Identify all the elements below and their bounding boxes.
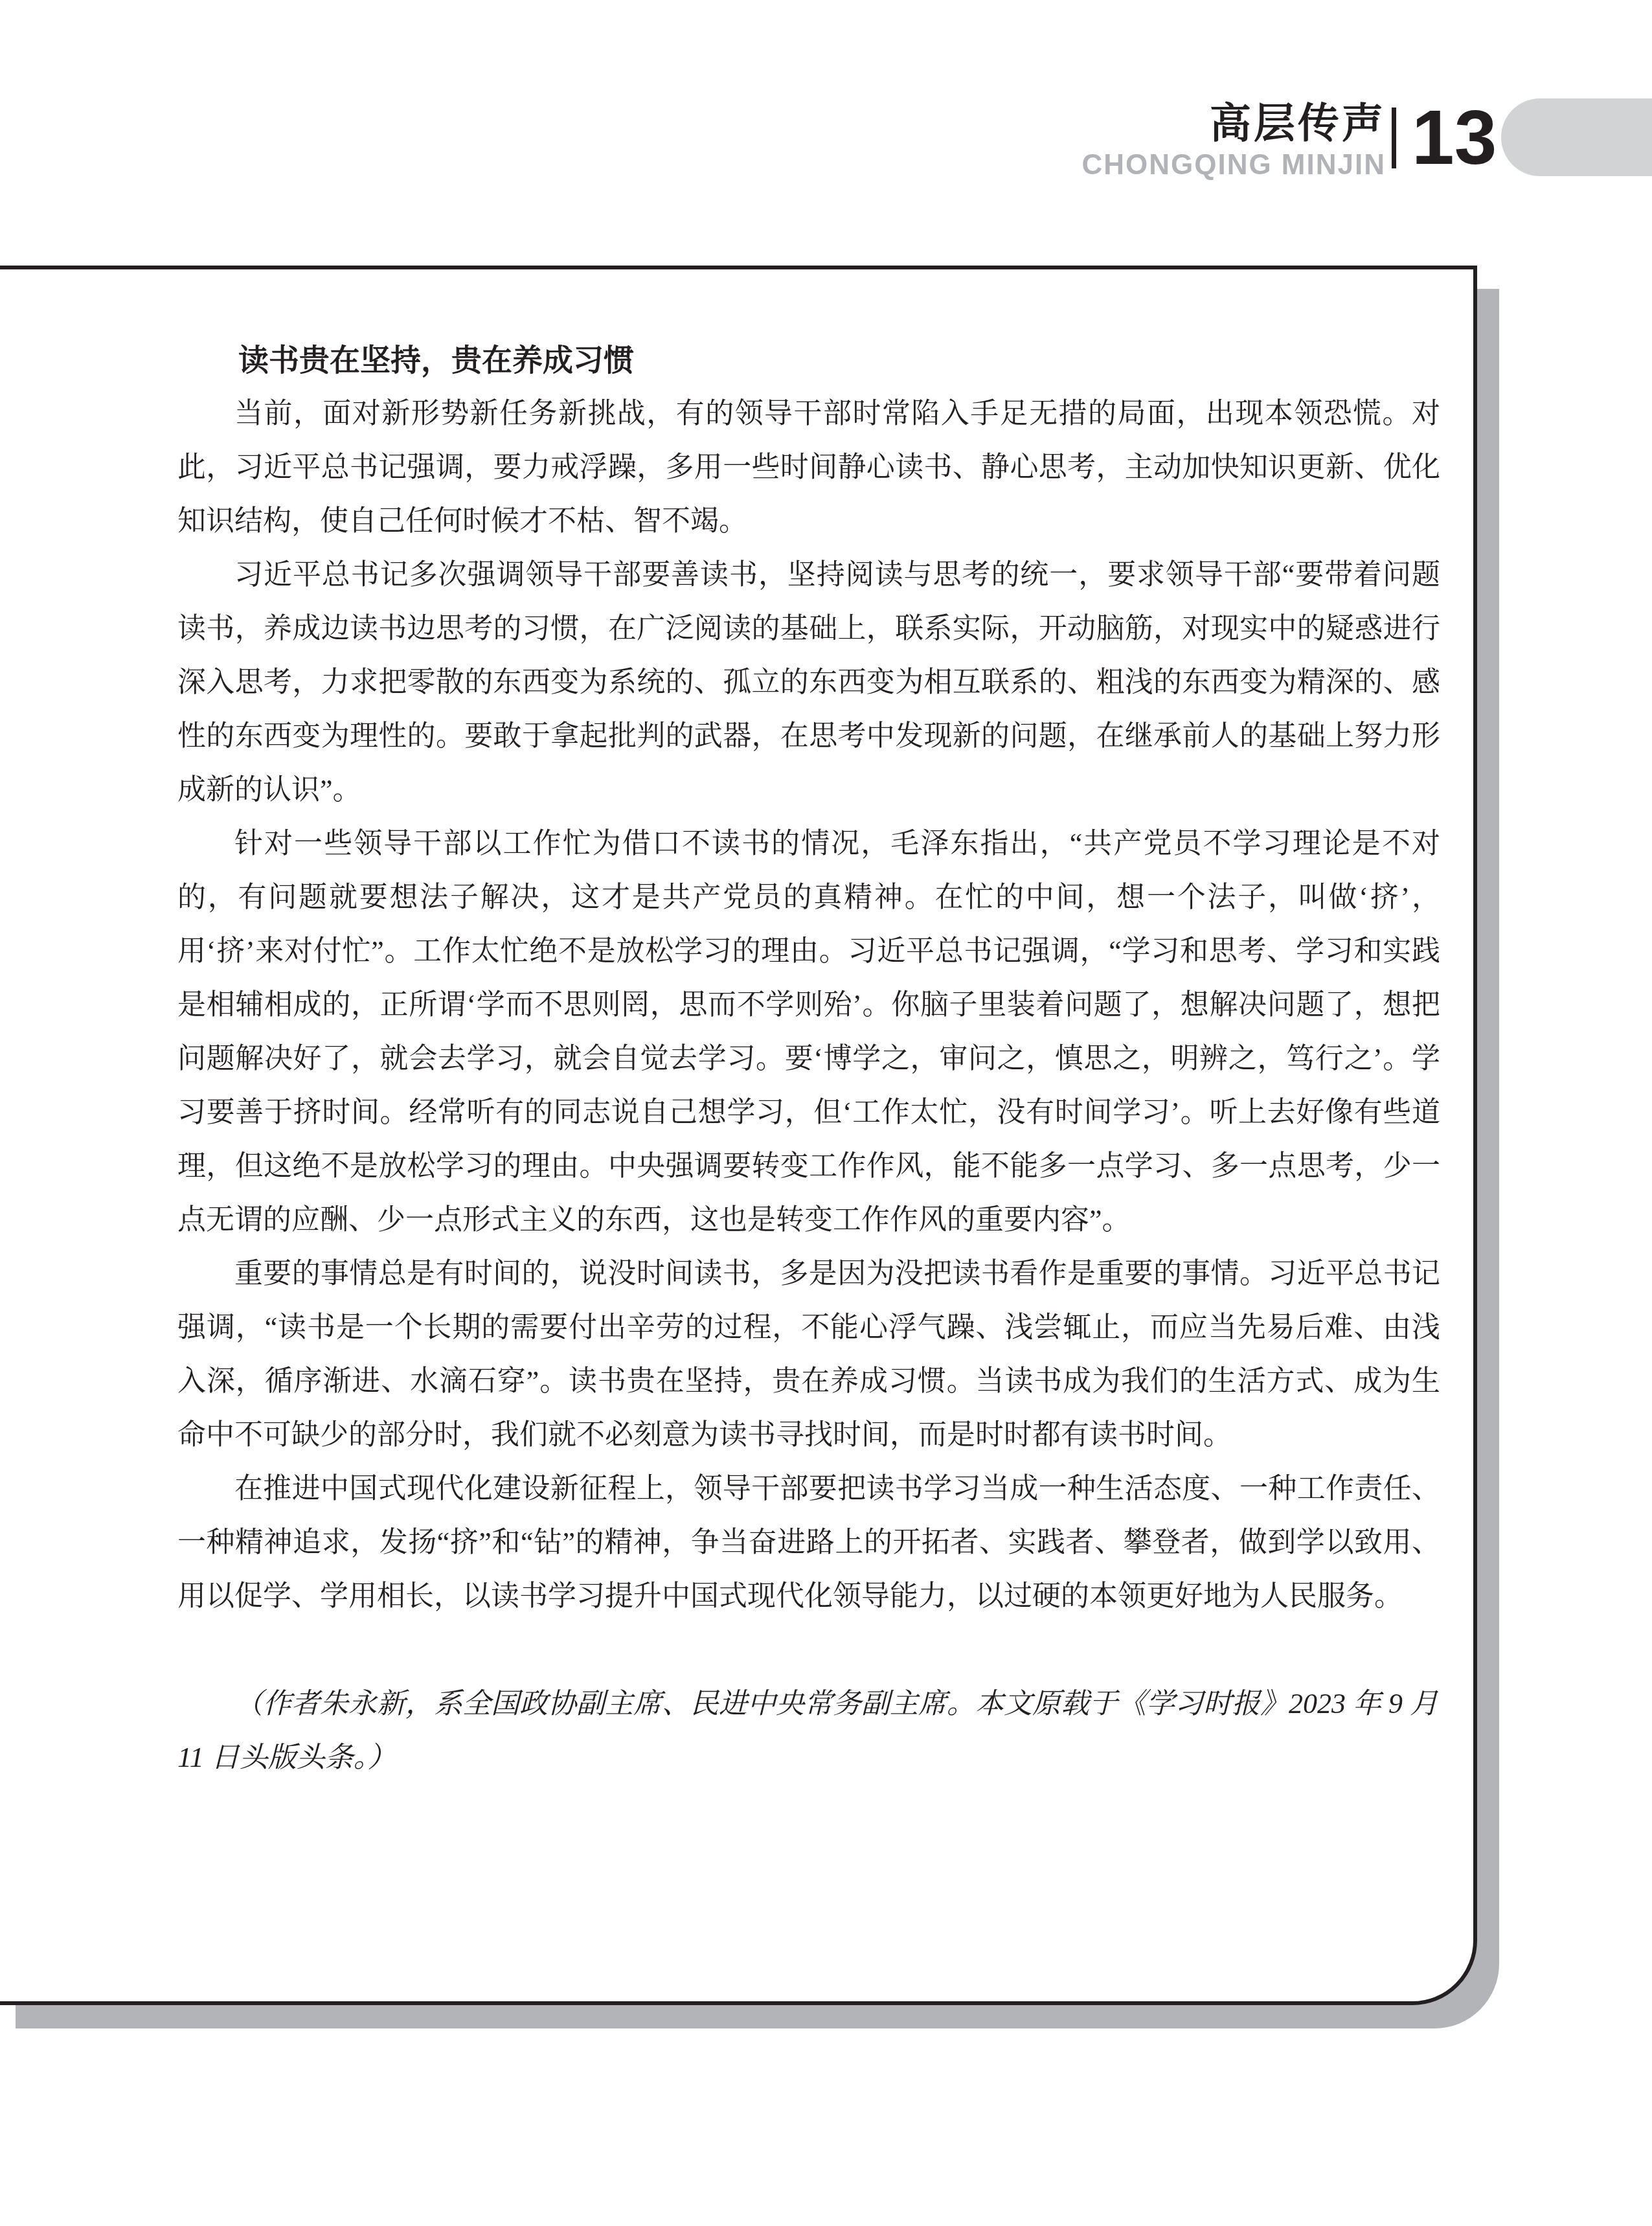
section-subtitle: CHONGQING MINJIN [1081,150,1386,181]
content-frame: 读书贵在坚持，贵在养成习惯 当前，面对新形势新任务新挑战，有的领导干部时常陷入手… [0,266,1477,2005]
page-number: 13 [1412,106,1497,170]
article-heading: 读书贵在坚持，贵在养成习惯 [177,333,1440,387]
article-paragraph-4: 重要的事情总是有时间的，说没时间读书，多是因为没把读书看作是重要的事情。习近平总… [177,1247,1440,1462]
section-title: 高层传声 [1210,98,1386,148]
article-paragraph-5: 在推进中国式现代化建设新征程上，领导干部要把读书学习当成一种生活态度、一种工作责… [177,1462,1440,1623]
article-paragraph-3: 针对一些领导干部以工作忙为借口不读书的情况，毛泽东指出，“共产党员不学习理论是不… [177,817,1440,1247]
header-tab-decoration [1501,98,1652,176]
article-attribution: （作者朱永新，系全国政协副主席、民进中央常务副主席。本文原载于《学习时报》202… [177,1677,1440,1784]
magazine-page: 高层传声 CHONGQING MINJIN 13 读书贵在坚持，贵在养成习惯 当… [0,0,1652,2226]
article-paragraph-1: 当前，面对新形势新任务新挑战，有的领导干部时常陷入手足无措的局面，出现本领恐慌。… [177,387,1440,548]
article-paragraph-2: 习近平总书记多次强调领导干部要善读书，坚持阅读与思考的统一，要求领导干部“要带着… [177,548,1440,817]
header-divider [1392,108,1396,168]
article: 读书贵在坚持，贵在养成习惯 当前，面对新形势新任务新挑战，有的领导干部时常陷入手… [177,333,1440,1784]
